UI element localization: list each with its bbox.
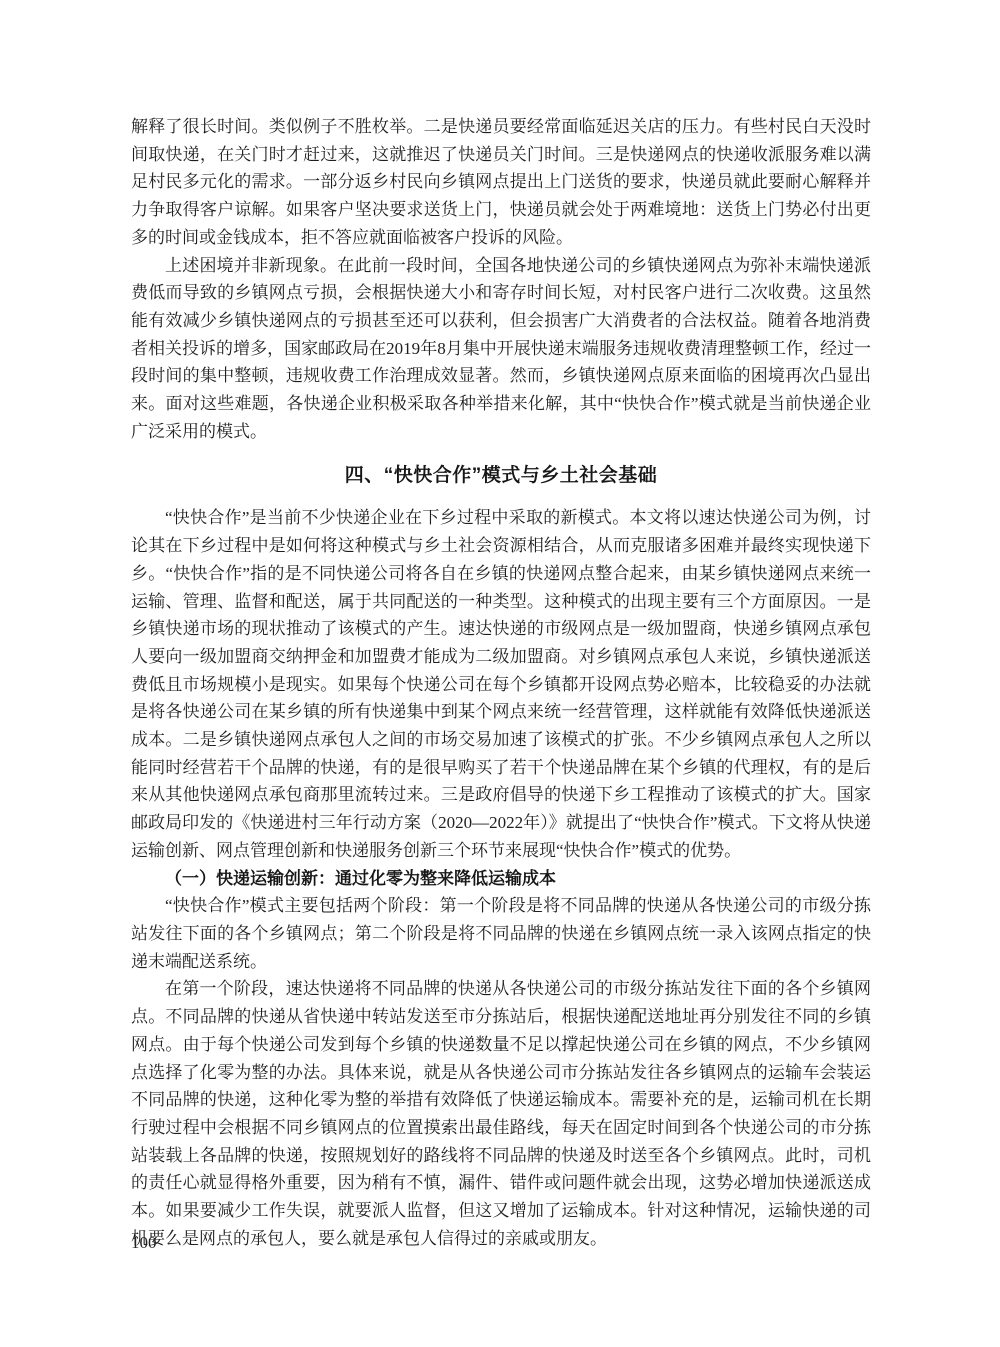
subsection-heading: （一）快递运输创新：通过化零为整来降低运输成本 [131,865,871,893]
page-body: 解释了很长时间。类似例子不胜枚举。二是快递员要经常面临延迟关店的压力。有些村民白… [131,113,871,1252]
paragraph: 上述困境并非新现象。在此前一段时间，全国各地快递公司的乡镇快递网点为弥补末端快递… [131,252,871,446]
paragraph-continuation: 解释了很长时间。类似例子不胜枚举。二是快递员要经常面临延迟关店的压力。有些村民白… [131,113,871,252]
paragraph: “快快合作”是当前不少快递企业在下乡过程中采取的新模式。本文将以速达快递公司为例… [131,504,871,864]
paper-page: 解释了很长时间。类似例子不胜枚举。二是快递员要经常面临延迟关店的压力。有些村民白… [0,0,1000,1347]
paragraph: 在第一个阶段，速达快递将不同品牌的快递从各快递公司的市级分拣站发往下面的各个乡镇… [131,975,871,1252]
section-heading: 四、“快快合作”模式与乡土社会基础 [131,462,871,490]
paragraph: “快快合作”模式主要包括两个阶段：第一个阶段是将不同品牌的快递从各快递公司的市级… [131,892,871,975]
page-number: 100 [131,1232,157,1254]
